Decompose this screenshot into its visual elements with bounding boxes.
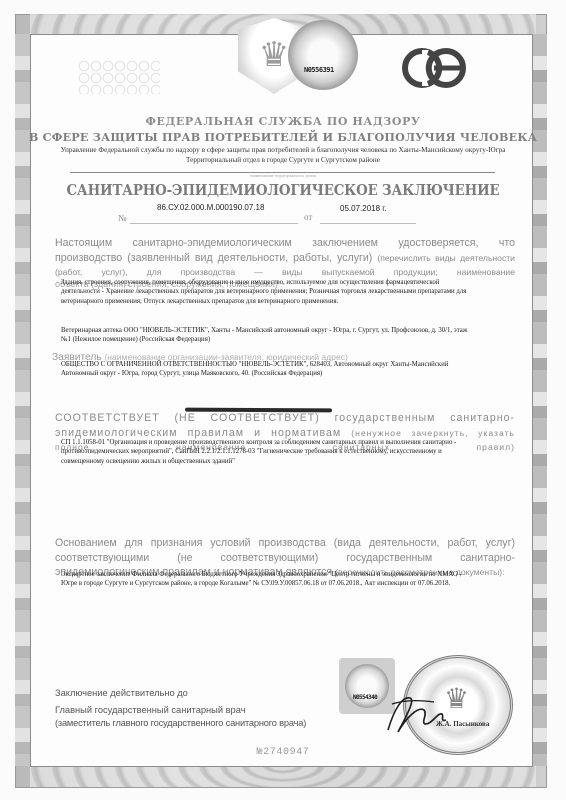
signature-icon xyxy=(380,690,470,740)
form-serial-number: №2740947 xyxy=(0,747,566,758)
number-underline xyxy=(130,223,298,224)
guilloche-pattern xyxy=(78,60,160,94)
signatory-name: Ж.А. Пасынкова xyxy=(436,720,489,728)
territory-underline xyxy=(70,172,495,173)
agency-name-line2: В СФЕРЕ ЗАЩИТЫ ПРАВ ПОТРЕБИТЕЛЕЙ И БЛАГО… xyxy=(0,130,566,144)
basis-text: Экспертное заключение Филиала Федерально… xyxy=(61,570,471,589)
activity-text: Здания, строения, сооружения, помещения,… xyxy=(61,278,471,306)
document-number: 86.СУ.02.000.М.000190.07.18 xyxy=(157,203,264,212)
state-emblem: ♛ N0556391 xyxy=(232,14,350,98)
hologram-code: N0556391 xyxy=(304,66,334,74)
document-number-row: № 86.СУ.02.000.М.000190.07.18 от 05.07.2… xyxy=(0,203,566,225)
hologram-code-bottom: N0554340 xyxy=(353,694,377,701)
hologram-sticker xyxy=(288,20,358,90)
date-underline xyxy=(320,223,416,224)
agency-name-line1: ФЕДЕРАЛЬНАЯ СЛУЖБА ПО НАДЗОРУ xyxy=(0,115,566,128)
department-name: Управление Федеральной службы по надзору… xyxy=(60,145,506,165)
frame-wave-bottom xyxy=(30,765,536,787)
valid-until-label: Заключение действительно до xyxy=(55,688,188,698)
territory-caption: наименование территориального органа xyxy=(0,174,566,178)
deputy-chief-doctor-title: (заместитель главного государственного с… xyxy=(55,718,306,728)
certifies-statement: Настоящим санитарно-эпидемиологическим з… xyxy=(55,236,515,280)
object-text: Ветеринарная аптека ООО "НЮВЕЛЬ-ЭСТЕТИК"… xyxy=(61,326,471,345)
date-label: от xyxy=(304,212,312,222)
se-logo-icon xyxy=(400,46,470,90)
double-headed-eagle-icon: ♛ xyxy=(256,32,292,78)
strikethrough-mark xyxy=(185,408,332,413)
certificate-sheet: ♛ N0556391 ФЕДЕРАЛЬНАЯ СЛУЖБА ПО НАДЗОРУ… xyxy=(0,0,566,800)
chief-doctor-title: Главный государственный санитарный врач xyxy=(55,705,246,715)
applicant-text: ОБЩЕСТВО С ОГРАНИЧЕННОЙ ОТВЕТСТВЕННОСТЬЮ… xyxy=(61,360,471,379)
document-title: САНИТАРНО-ЭПИДЕМИОЛОГИЧЕСКОЕ ЗАКЛЮЧЕНИЕ xyxy=(23,182,544,199)
document-date: 05.07.2018 г. xyxy=(340,204,386,213)
rules-text: СП 1.1.1058-01 "Организация и проведение… xyxy=(61,438,471,466)
number-label: № xyxy=(118,213,127,223)
